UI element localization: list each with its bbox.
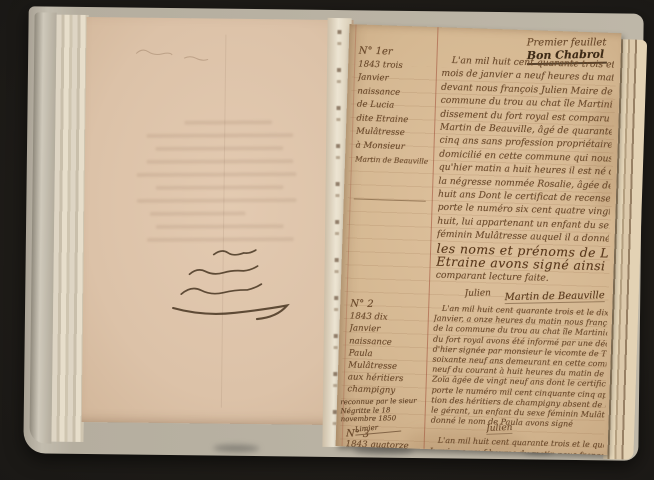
act3-margin-notes: N° 31843 quatorze bbox=[345, 428, 422, 453]
scanned-register-photo: Premier feuillet Bon Chabrol N° 1er1843 … bbox=[0, 0, 654, 480]
bleedthrough-text bbox=[136, 120, 297, 251]
right-page-stack: Premier feuillet Bon Chabrol N° 1er1843 … bbox=[335, 24, 647, 464]
folio-header-label: Premier feuillet bbox=[527, 37, 607, 48]
ink-bleed-signature bbox=[155, 246, 306, 330]
act1-margin-notes: N° 1er1843 troisJanviernaissancede Lucia… bbox=[355, 45, 435, 169]
act1-body-text: L'an mil huit cent quarante trois et le … bbox=[436, 54, 614, 287]
right-page: Premier feuillet Bon Chabrol N° 1er1843 … bbox=[336, 24, 622, 455]
open-register-book: Premier feuillet Bon Chabrol N° 1er1843 … bbox=[23, 6, 643, 460]
faint-pencil-scribble bbox=[132, 42, 222, 73]
act2-margin-notes: N° 21843 dixJanviernaissancePaulaMulâtre… bbox=[347, 298, 426, 398]
left-page bbox=[82, 17, 354, 425]
act2-body-text: L'an mil huit cent quarante trois et le … bbox=[431, 304, 608, 431]
